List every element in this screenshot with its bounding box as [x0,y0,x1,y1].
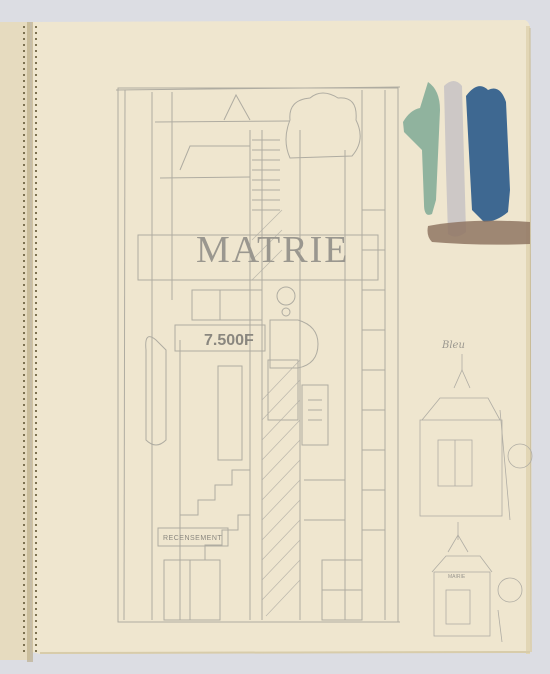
note-bleu: Bleu [442,340,465,351]
small-sign-mairie: MAIRIE [448,574,465,580]
sign-recensement: RECENSEMENT [163,535,222,542]
sign-matrie: MATRIE [196,228,349,272]
sketchbook-scan: MATRIE 7.500F RECENSEMENT Bleu MAIRIE [0,0,550,674]
price-label: 7.500F [204,332,254,350]
sketchbook-drawing [0,0,550,674]
